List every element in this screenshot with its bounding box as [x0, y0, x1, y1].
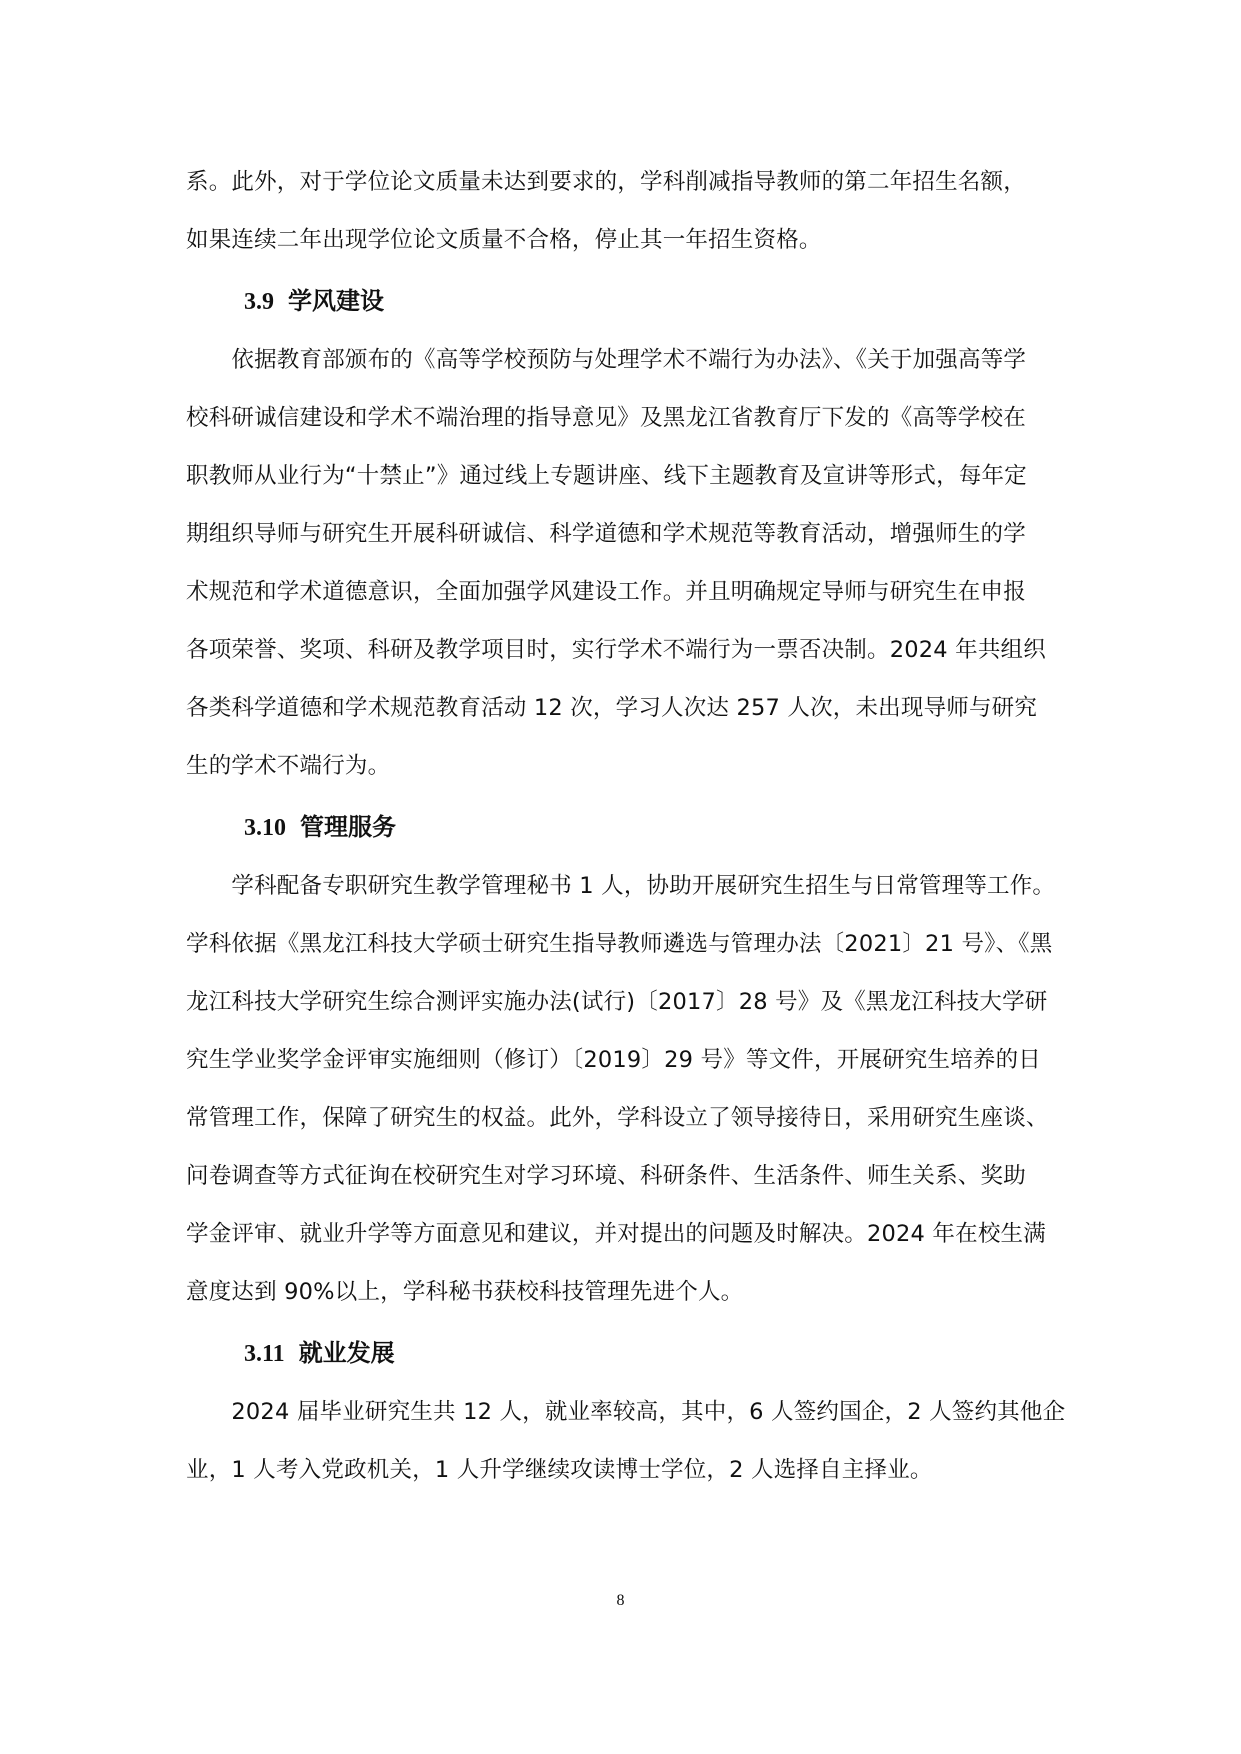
paragraph-line: 常管理工作，保障了研究生的权益。此外，学科设立了领导接待日，采用研究生座谈、 [186, 1103, 1106, 1133]
paragraph-line: 各项荣誉、奖项、科研及教学项目时，实行学术不端行为一票否决制。2024 年共组织 [186, 635, 1106, 665]
paragraph-line: 问卷调查等方式征询在校研究生对学习环境、科研条件、生活条件、师生关系、奖助 [186, 1161, 1106, 1191]
paragraph-line: 业，1 人考入党政机关，1 人升学继续攻读博士学位，2 人选择自主择业。 [186, 1455, 1106, 1485]
page-number: 8 [0, 1591, 1241, 1611]
paragraph-line: 各类科学道德和学术规范教育活动 12 次，学习人次达 257 人次，未出现导师与… [186, 693, 1106, 723]
paragraph-line: 如果连续二年出现学位论文质量不合格，停止其一年招生资格。 [186, 225, 1106, 255]
paragraph-line: 学科依据《黑龙江科技大学硕士研究生指导教师遴选与管理办法〔2021〕21 号》、… [186, 929, 1106, 959]
section-number: 3.9 [244, 289, 274, 315]
section-heading-3-10: 3.10管理服务 [244, 811, 396, 844]
section-title: 就业发展 [299, 1339, 395, 1367]
paragraph-line: 系。此外，对于学位论文质量未达到要求的，学科削减指导教师的第二年招生名额， [186, 167, 1106, 197]
paragraph-line: 2024 届毕业研究生共 12 人，就业率较高，其中，6 人签约国企，2 人签约… [186, 1397, 1106, 1427]
paragraph-line: 术规范和学术道德意识，全面加强学风建设工作。并且明确规定导师与研究生在申报 [186, 577, 1106, 607]
paragraph-line: 究生学业奖学金评审实施细则（修订）〔2019〕29 号》等文件，开展研究生培养的… [186, 1045, 1106, 1075]
paragraph-line: 校科研诚信建设和学术不端治理的指导意见》及黑龙江省教育厅下发的《高等学校在 [186, 403, 1106, 433]
document-page: 系。此外，对于学位论文质量未达到要求的，学科削减指导教师的第二年招生名额， 如果… [0, 0, 1241, 1754]
paragraph-line: 学科配备专职研究生教学管理秘书 1 人，协助开展研究生招生与日常管理等工作。 [186, 871, 1106, 901]
section-number: 3.10 [244, 815, 286, 841]
section-heading-3-11: 3.11就业发展 [244, 1337, 395, 1370]
paragraph-line: 期组织导师与研究生开展科研诚信、科学道德和学术规范等教育活动，增强师生的学 [186, 519, 1106, 549]
section-heading-3-9: 3.9学风建设 [244, 285, 384, 318]
paragraph-line: 学金评审、就业升学等方面意见和建议，并对提出的问题及时解决。2024 年在校生满 [186, 1219, 1106, 1249]
paragraph-line: 依据教育部颁布的《高等学校预防与处理学术不端行为办法》、《关于加强高等学 [186, 345, 1106, 375]
paragraph-line: 龙江科技大学研究生综合测评实施办法(试行)〔2017〕28 号》及《黑龙江科技大… [186, 987, 1106, 1017]
paragraph-line: 生的学术不端行为。 [186, 751, 1106, 781]
section-title: 管理服务 [300, 813, 396, 841]
section-number: 3.11 [244, 1341, 285, 1367]
paragraph-line: 意度达到 90%以上，学科秘书获校科技管理先进个人。 [186, 1277, 1106, 1307]
section-title: 学风建设 [288, 287, 384, 315]
paragraph-line: 职教师从业行为“十禁止”》通过线上专题讲座、线下主题教育及宣讲等形式，每年定 [186, 461, 1106, 491]
